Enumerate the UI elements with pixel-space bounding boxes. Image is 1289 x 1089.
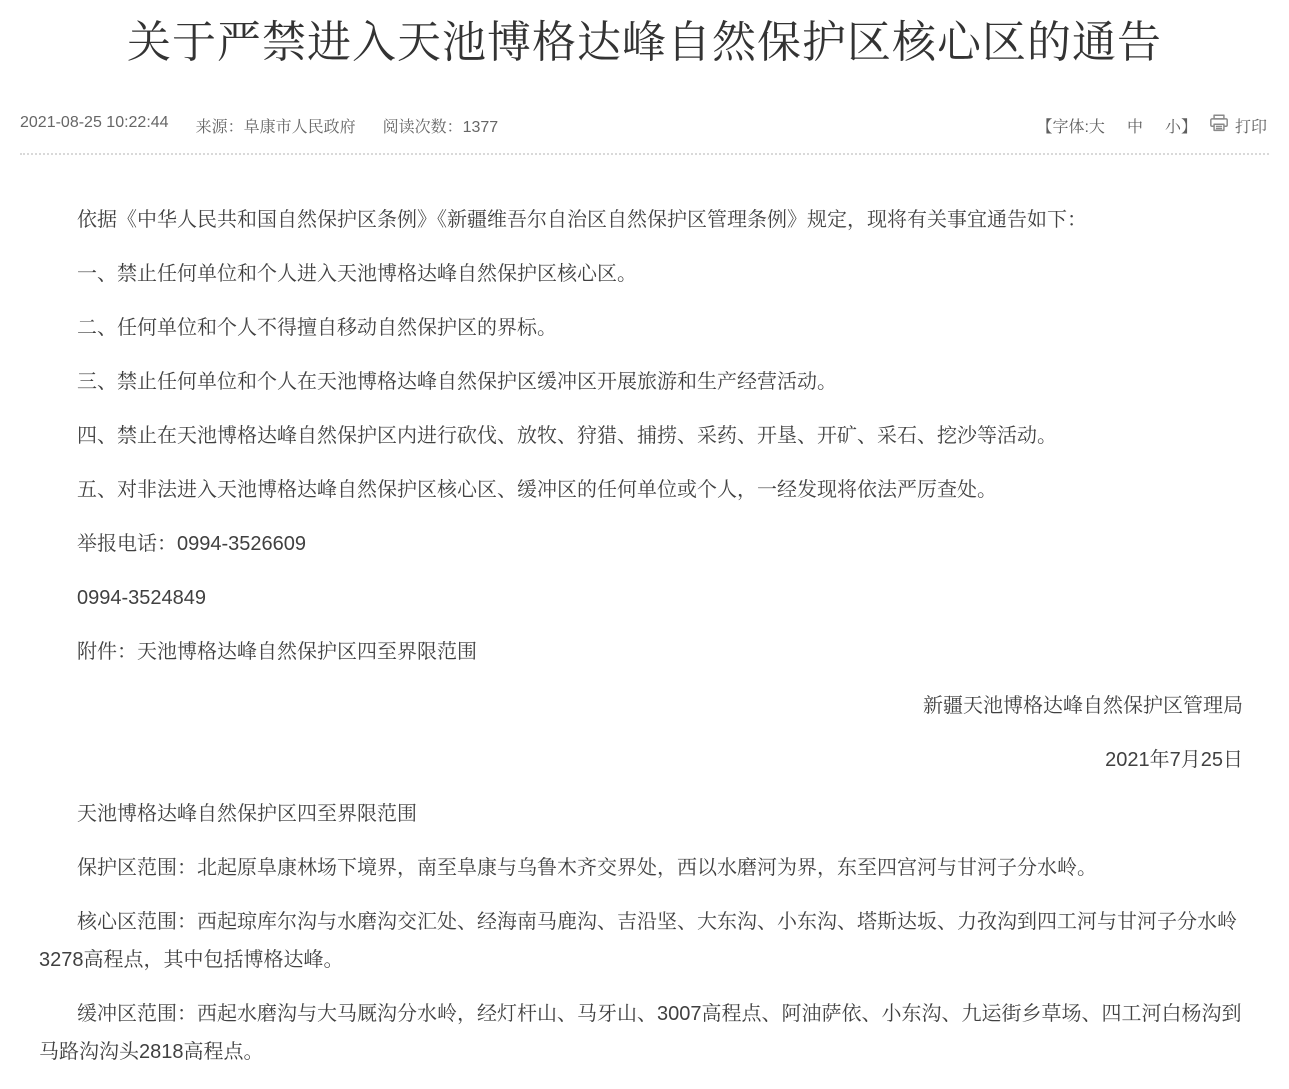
print-button[interactable]: 打印 xyxy=(1209,114,1267,137)
paragraph-item-4: 四、禁止在天池博格达峰自然保护区内进行砍伐、放牧、狩猎、捕捞、采药、开垦、开矿、… xyxy=(39,417,1243,455)
font-size-bracket-close: 】 xyxy=(1181,114,1197,137)
page-tools: 【字体: 大 中 小 】 打印 xyxy=(1036,114,1267,137)
paragraph-item-3: 三、禁止任何单位和个人在天池博格达峰自然保护区缓冲区开展旅游和生产经营活动。 xyxy=(39,363,1243,401)
publish-datetime: 2021-08-25 10:22:44 xyxy=(20,114,169,137)
paragraph-item-2: 二、任何单位和个人不得擅自移动自然保护区的界标。 xyxy=(39,309,1243,347)
annex-paragraph-2: 核心区范围：西起琼库尔沟与水磨沟交汇处、经海南马鹿沟、吉沿坚、大东沟、小东沟、塔… xyxy=(39,903,1243,979)
printer-icon xyxy=(1209,114,1229,137)
issue-date: 2021年7月25日 xyxy=(39,741,1243,779)
attachment-note: 附件：天池博格达峰自然保护区四至界限范围 xyxy=(39,633,1243,671)
annex-title: 天池博格达峰自然保护区四至界限范围 xyxy=(39,795,1243,833)
view-count: 阅读次数：1377 xyxy=(383,114,499,137)
source-label: 来源：阜康市人民政府 xyxy=(196,114,356,137)
print-label: 打印 xyxy=(1235,114,1267,137)
font-size-small-button[interactable]: 小 xyxy=(1165,114,1181,137)
font-size-large-button[interactable]: 大 xyxy=(1089,114,1105,137)
page-title: 关于严禁进入天池博格达峰自然保护区核心区的通告 xyxy=(20,0,1269,70)
annex-paragraph-3: 缓冲区范围：西起水磨沟与大马厩沟分水岭，经灯杆山、马牙山、3007高程点、阿油萨… xyxy=(39,995,1243,1071)
meta-bar: 2021-08-25 10:22:44 来源：阜康市人民政府 阅读次数：1377… xyxy=(20,114,1269,155)
report-phone-primary: 举报电话：0994-3526609 xyxy=(39,525,1243,563)
article-body: 依据《中华人民共和国自然保护区条例》《新疆维吾尔自治区自然保护区管理条例》规定，… xyxy=(0,155,1289,1089)
issuer-signature: 新疆天池博格达峰自然保护区管理局 xyxy=(39,687,1243,725)
meta-info: 2021-08-25 10:22:44 来源：阜康市人民政府 阅读次数：1377 xyxy=(20,114,498,137)
paragraph-item-5: 五、对非法进入天池博格达峰自然保护区核心区、缓冲区的任何单位或个人，一经发现将依… xyxy=(39,471,1243,509)
font-size-medium-button[interactable]: 中 xyxy=(1127,114,1143,137)
annex-paragraph-1: 保护区范围：北起原阜康林场下境界，南至阜康与乌鲁木齐交界处，西以水磨河为界，东至… xyxy=(39,849,1243,887)
font-size-bracket-open: 【字体: xyxy=(1036,114,1088,137)
paragraph-intro: 依据《中华人民共和国自然保护区条例》《新疆维吾尔自治区自然保护区管理条例》规定，… xyxy=(39,201,1243,239)
report-phone-secondary: 0994-3524849 xyxy=(39,579,1243,617)
paragraph-item-1: 一、禁止任何单位和个人进入天池博格达峰自然保护区核心区。 xyxy=(39,255,1243,293)
article-header: 关于严禁进入天池博格达峰自然保护区核心区的通告 2021-08-25 10:22… xyxy=(0,0,1289,155)
article-page: 关于严禁进入天池博格达峰自然保护区核心区的通告 2021-08-25 10:22… xyxy=(0,0,1289,1089)
